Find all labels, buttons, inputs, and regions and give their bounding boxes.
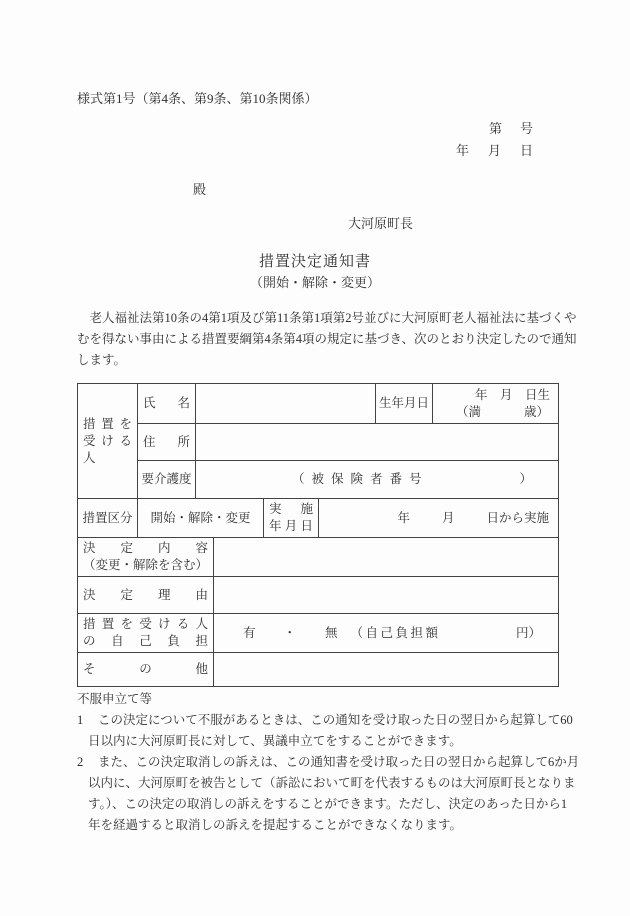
self-burden-value-cell: 有 ・ 無 （自己負担額 円） xyxy=(214,614,559,653)
self-burden-label: の自己負担 xyxy=(83,633,208,650)
decision-reason-label-cell: 決定理由 xyxy=(78,577,214,614)
appeal-item-number: 1 xyxy=(77,710,98,731)
appeal-item-2-continuation: 以内に、大河原町を被告として（訴訟において町を代表するものは大河原町長となりま xyxy=(77,773,569,794)
birthdate-label: 生年月日 xyxy=(379,396,429,410)
decision-content-label-cell: 決定内容 （変更・解除を含む） xyxy=(78,538,214,577)
implementation-date-value-cell: 年 月 日から実施 xyxy=(319,499,559,538)
age-open-label: （満 xyxy=(456,404,481,421)
document-title: 措置決定通知書 xyxy=(0,250,630,271)
insured-number-field: （被保険者番号 ） xyxy=(201,471,553,488)
person-group-label: 措置を xyxy=(83,416,132,433)
table-row: 決定理由 xyxy=(78,577,559,614)
category-value: 開始・解除・変更 xyxy=(150,511,250,525)
decision-content-sublabel: （変更・解除を含む） xyxy=(83,557,208,574)
doc-number-suffix: 号 xyxy=(520,118,533,137)
table-row: その他 xyxy=(78,653,559,687)
category-value-cell: 開始・解除・変更 xyxy=(138,499,264,538)
impl-month-label: 月 xyxy=(442,510,455,527)
age-close-label: 歳） xyxy=(524,404,549,421)
burden-amount-close-label: 円） xyxy=(516,625,541,642)
body-line: むを得ない事由による措置要綱第4条第4項の規定に基づき、次のとおり決定したので通… xyxy=(77,329,561,350)
implementation-date-label: 年月日 xyxy=(269,518,313,535)
appeal-heading: 不服申立て等 xyxy=(77,689,569,710)
person-group-label: 受ける人 xyxy=(83,433,132,467)
name-label-cell: 氏名 xyxy=(138,384,196,424)
name-value-cell xyxy=(196,384,376,424)
body-line: 老人福祉法第10条の4第1項及び第11条第1項第2号並びに大河原町老人福祉法に基… xyxy=(77,308,561,329)
date-month-label: 月 xyxy=(488,140,501,159)
date-day-label: 日 xyxy=(520,140,533,159)
implementation-date-label: 実施 xyxy=(269,501,313,518)
burden-dot-label: ・ xyxy=(284,625,297,642)
table-row: 措置区分 開始・解除・変更 実施 年月日 年 月 日から実施 xyxy=(78,499,559,538)
table-row: 措置を受ける人 の自己負担 有 ・ 無 （自己負担額 円） xyxy=(78,614,559,653)
table-row: 住所 xyxy=(78,424,559,461)
appeal-item-2-continuation: す。）、この決定の取消しの訴えをすることができます。ただし、決定のあった日から1 xyxy=(77,794,569,815)
category-label: 措置区分 xyxy=(82,511,132,525)
impl-day-label: 日から実施 xyxy=(486,510,549,527)
other-value-cell xyxy=(214,653,559,687)
self-burden-label-cell: 措置を受ける人 の自己負担 xyxy=(78,614,214,653)
address-label-cell: 住所 xyxy=(138,424,196,461)
appeal-item-2: 2また、この決定取消しの訴えは、この通知書を受け取った日の翌日から起算して6か月 xyxy=(77,752,569,773)
decision-content-value-cell xyxy=(214,538,559,577)
name-label: 氏名 xyxy=(143,395,190,412)
document-page: 様式第1号（第4条、第9条、第10条関係） 第 号 年 月 日 殿 大河原町長 … xyxy=(0,0,630,916)
document-subtitle: （開始・解除・変更） xyxy=(0,272,630,291)
decision-table: 措置を 受ける人 氏名 生年月日 年 月 日生 （満 歳） xyxy=(77,383,559,687)
address-value-cell xyxy=(196,424,559,461)
recipient-honorific: 殿 xyxy=(193,179,206,198)
appeal-section: 不服申立て等 1この決定について不服があるときは、この通知を受け取った日の翌日か… xyxy=(77,689,569,836)
appeal-item-1-continuation: 日以内に大河原町長に対して、異議申立てをすることができます。 xyxy=(77,731,569,752)
implementation-date-value: 年 月 日から実施 xyxy=(324,510,553,527)
appeal-item-2-continuation: 年を経過すると取消しの訴えを提起することができなくなります。 xyxy=(77,815,569,836)
table-row: 措置を 受ける人 氏名 生年月日 年 月 日生 （満 歳） xyxy=(78,384,559,424)
impl-year-label: 年 xyxy=(397,510,410,527)
self-burden-label: 措置を受ける人 xyxy=(83,616,208,633)
address-label: 住所 xyxy=(143,434,190,451)
category-label-cell: 措置区分 xyxy=(78,499,138,538)
appeal-item-1: 1この決定について不服があるときは、この通知を受け取った日の翌日から起算して60 xyxy=(77,710,569,731)
person-group-header-cell: 措置を 受ける人 xyxy=(78,384,138,499)
burden-amount-open-label: （自己負担額 xyxy=(351,625,441,642)
care-level-label: 要介護度 xyxy=(141,472,191,486)
other-label-cell: その他 xyxy=(78,653,214,687)
implementation-date-label-cell: 実施 年月日 xyxy=(264,499,319,538)
care-level-label-cell: 要介護度 xyxy=(138,461,196,499)
insured-number-open-label: （被保険者番号 xyxy=(292,471,429,488)
doc-number-prefix: 第 xyxy=(489,118,502,137)
decision-content-label: 決定内容 xyxy=(83,540,208,557)
form-number: 様式第1号（第4条、第9条、第10条関係） xyxy=(77,88,318,107)
birthdate-value-line2: （満 歳） xyxy=(438,404,553,421)
table-row: 要介護度 （被保険者番号 ） xyxy=(78,461,559,499)
burden-yes-label: 有 xyxy=(243,625,256,642)
date-line: 年 月 日 xyxy=(456,140,533,159)
decision-reason-value-cell xyxy=(214,577,559,614)
table-row: 決定内容 （変更・解除を含む） xyxy=(78,538,559,577)
insured-number-cell: （被保険者番号 ） xyxy=(196,461,559,499)
document-number-line: 第 号 xyxy=(489,118,533,137)
burden-no-label: 無 xyxy=(325,625,338,642)
appeal-item-text: この決定について不服があるときは、この通知を受け取った日の翌日から起算して60 xyxy=(98,713,573,727)
appeal-item-text: また、この決定取消しの訴えは、この通知書を受け取った日の翌日から起算して6か月 xyxy=(98,755,579,769)
body-paragraph: 老人福祉法第10条の4第1項及び第11条第1項第2号並びに大河原町老人福祉法に基… xyxy=(77,308,561,371)
other-label: その他 xyxy=(83,661,208,678)
birthdate-label-cell: 生年月日 xyxy=(376,384,433,424)
birthdate-value-cell: 年 月 日生 （満 歳） xyxy=(433,384,559,424)
birthdate-value-line1: 年 月 日生 xyxy=(438,387,553,404)
sender-name: 大河原町長 xyxy=(348,213,413,232)
decision-reason-label: 決定理由 xyxy=(83,587,208,604)
date-year-label: 年 xyxy=(456,140,469,159)
body-line: します。 xyxy=(77,350,561,371)
appeal-item-number: 2 xyxy=(77,752,98,773)
insured-number-close-label: ） xyxy=(519,471,532,488)
self-burden-value: 有 ・ 無 （自己負担額 円） xyxy=(219,625,553,642)
